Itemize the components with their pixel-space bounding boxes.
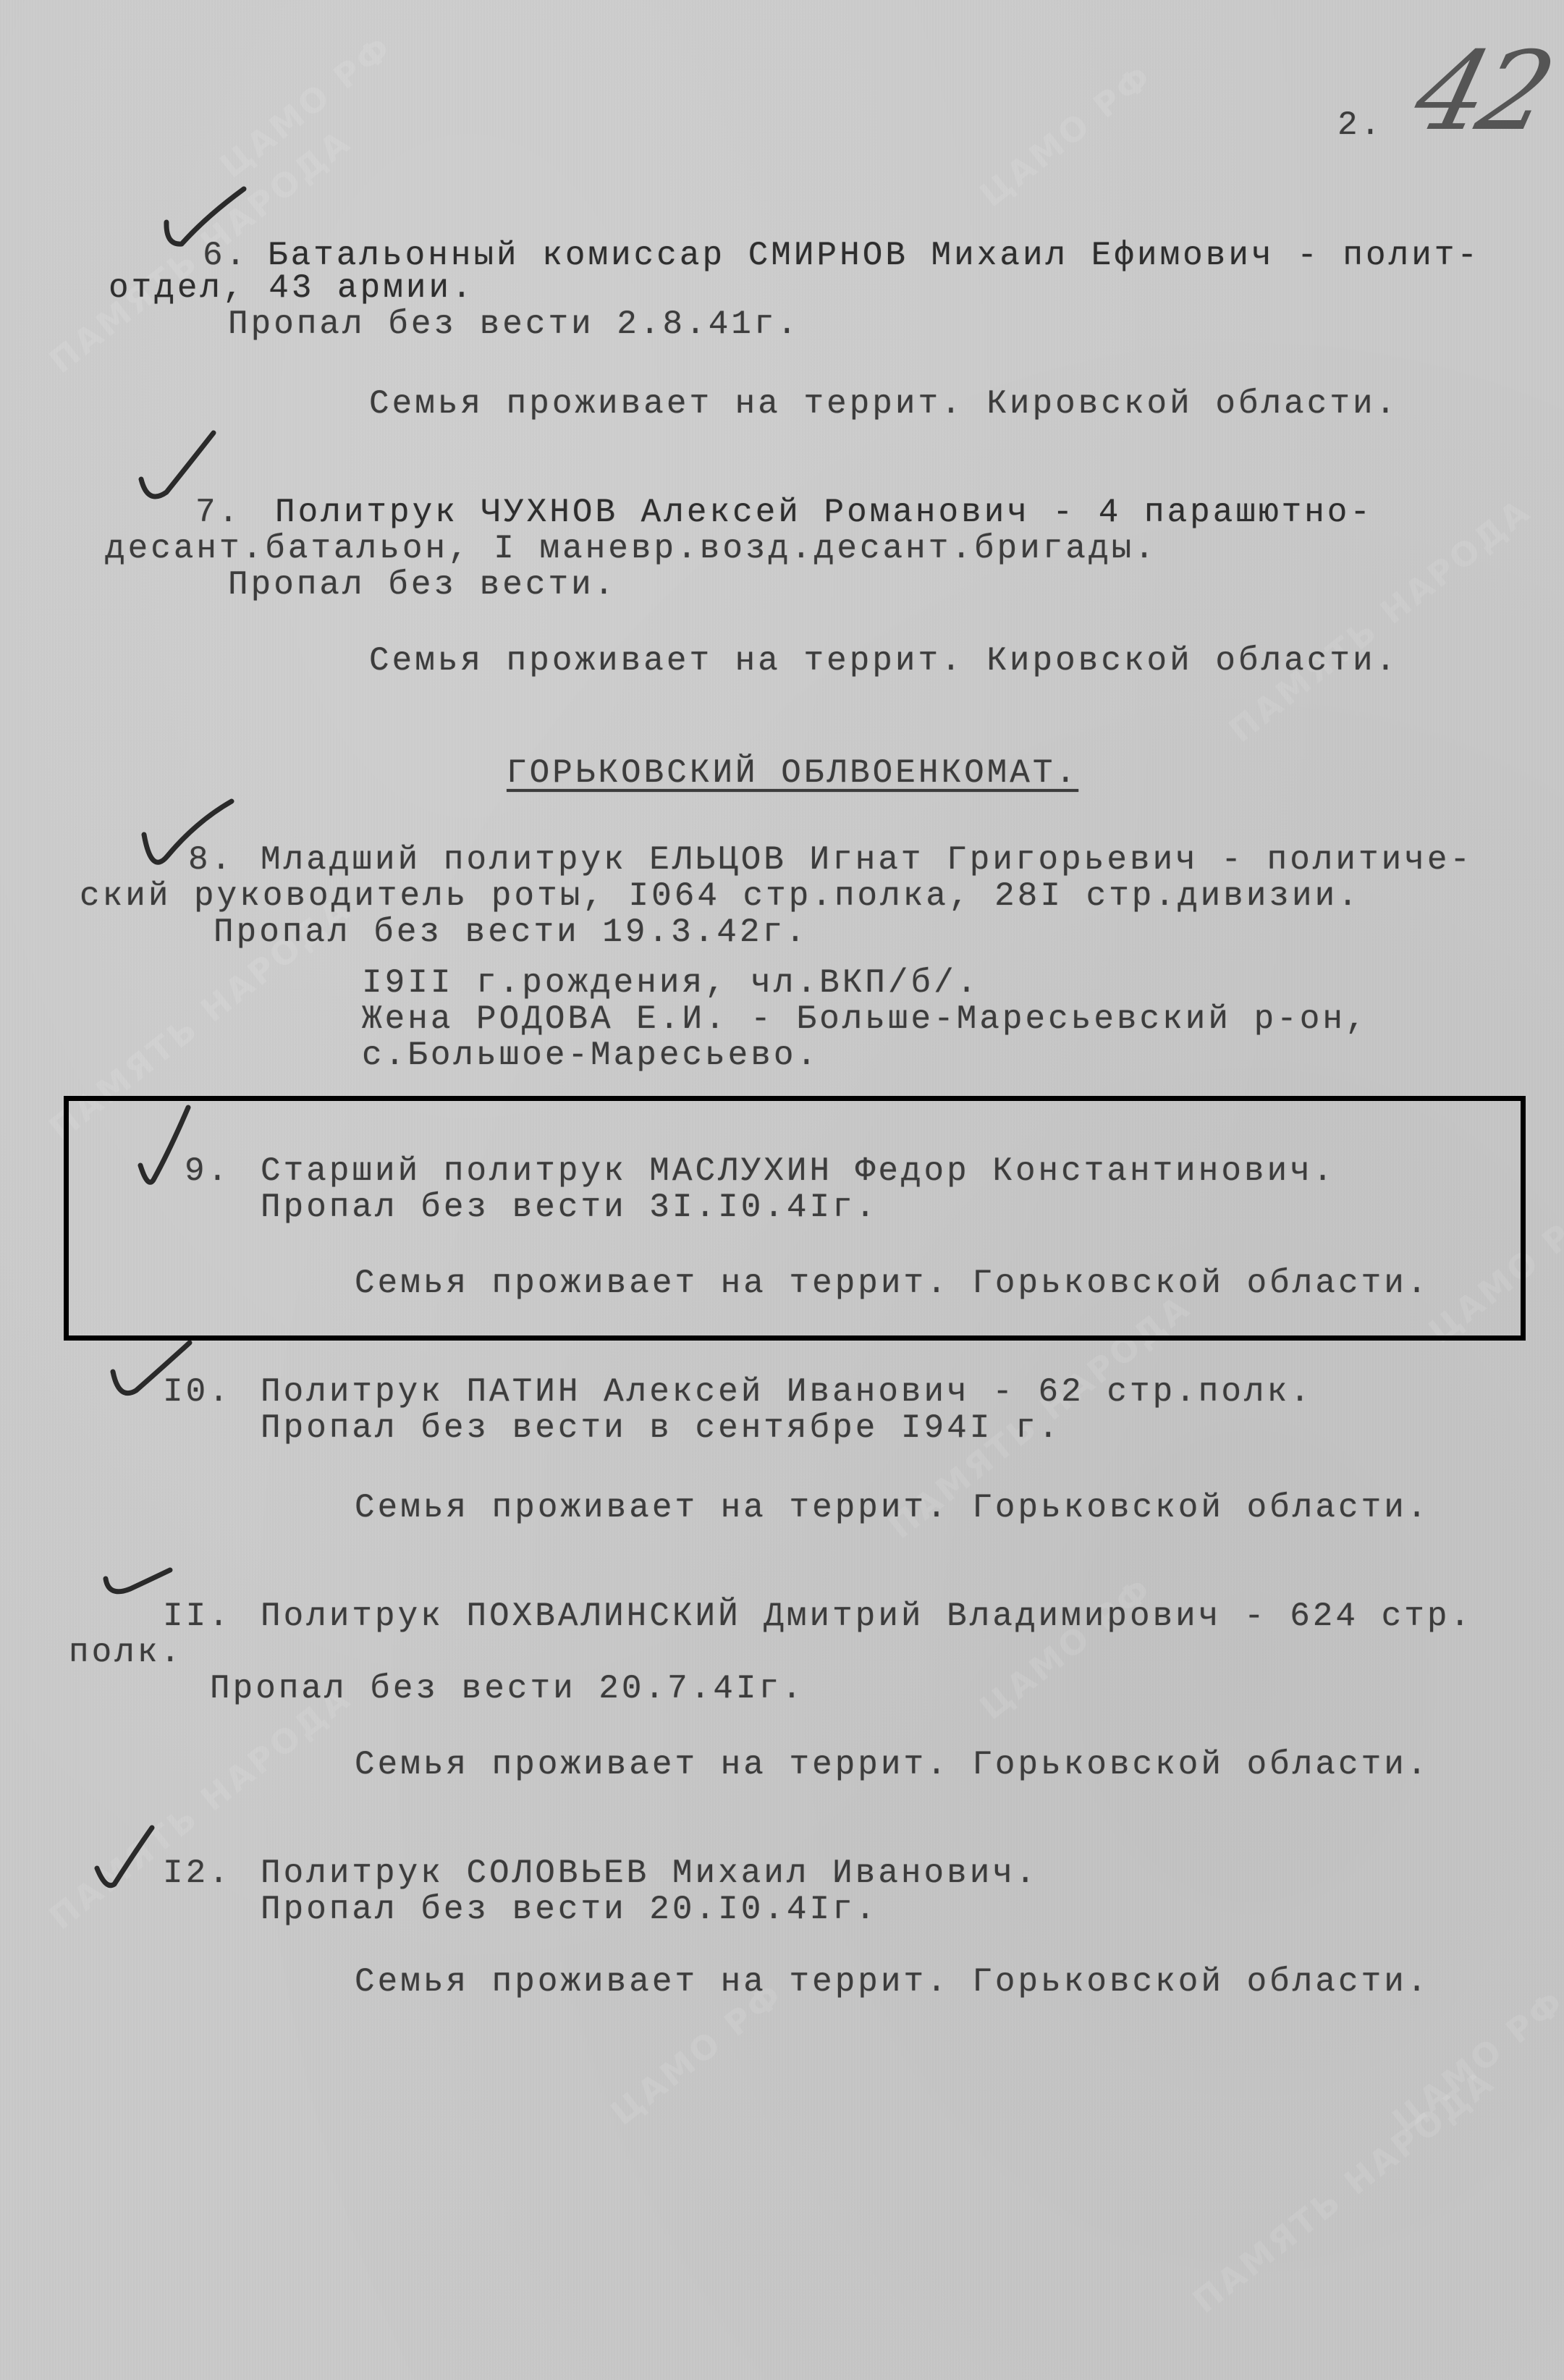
entry-line: ский руководитель роты, I064 стр.полка, … — [80, 879, 1361, 913]
entry-line: Политрук ЧУХНОВ Алексей Романович - 4 па… — [275, 496, 1373, 529]
watermark: ЦАМО РФ — [973, 56, 1160, 215]
entry-number: I2. — [163, 1857, 232, 1890]
entry-line: Пропал без вести 19.3.42г. — [214, 916, 808, 949]
entry-line: Политрук ПОХВАЛИНСКИЙ Дмитрий Владимиров… — [261, 1600, 1473, 1633]
entry-line: Старший политрук МАСЛУХИН Федор Констант… — [261, 1155, 1335, 1188]
entry-line: Младший политрук ЕЛЬЦОВ Игнат Григорьеви… — [261, 843, 1473, 877]
entry-extra-line: Жена РОДОВА Е.И. - Больше-Мареcьевский р… — [362, 1003, 1369, 1036]
entry-line: Пропал без вести 2.8.41г. — [228, 308, 800, 341]
entry-line: десант.батальон, I маневр.возд.десант.бр… — [105, 532, 1157, 565]
entry-line: Пропал без вести. — [228, 568, 617, 602]
entry-extra-line: с.Большое-Мареcьево. — [362, 1039, 819, 1072]
entry-line: Политрук СОЛОВЬЕВ Михаил Иванович. — [261, 1857, 1039, 1890]
family-note: Семья проживает на террит. Кировской обл… — [369, 387, 1398, 421]
family-note: Семья проживает на террит. Горьковской о… — [355, 1748, 1429, 1781]
entry-line: полк. — [69, 1636, 183, 1669]
entry-line: Батальонный комиссар СМИРНОВ Михаил Ефим… — [268, 239, 1480, 272]
entry-line: Пропал без вести 3I.I0.4Iг. — [261, 1191, 878, 1224]
entry-line: Политрук ПАТИН Алексей Иванович - 62 стр… — [261, 1375, 1313, 1409]
page-number: 2. — [1337, 109, 1383, 142]
entry-number: 8. — [188, 843, 234, 877]
entry-line: Пропал без вести 20.I0.4Iг. — [261, 1893, 878, 1926]
family-note: Семья проживает на террит. Горьковской о… — [355, 1267, 1429, 1300]
entry-line: Пропал без вести в сентябре I94I г. — [261, 1411, 1061, 1445]
entry-line: Пропал без вести 20.7.4Iг. — [210, 1672, 805, 1705]
family-note: Семья проживает на террит. Горьковской о… — [355, 1965, 1429, 1999]
family-note: Семья проживает на террит. Кировской обл… — [369, 644, 1398, 678]
entry-number: I0. — [163, 1375, 232, 1409]
watermark: ПАМЯТЬ НАРОДА — [1185, 2062, 1502, 2321]
entry-number: 7. — [195, 496, 241, 529]
family-note: Семья проживает на террит. Горьковской о… — [355, 1491, 1429, 1524]
watermark: ЦАМО РФ — [973, 1569, 1160, 1728]
entry-number: II. — [163, 1600, 232, 1633]
entry-number: 6. — [203, 239, 248, 272]
entry-line: отдел, 43 армии. — [109, 271, 475, 305]
entry-number: 9. — [185, 1155, 230, 1188]
handwritten-folio-number: 42 — [1403, 29, 1560, 155]
section-heading: ГОРЬКОВСКИЙ ОБЛВОЕНКОМАТ. — [507, 756, 1078, 790]
entry-extra-line: I9II г.рождения, чл.ВКП/б/. — [362, 966, 979, 1000]
